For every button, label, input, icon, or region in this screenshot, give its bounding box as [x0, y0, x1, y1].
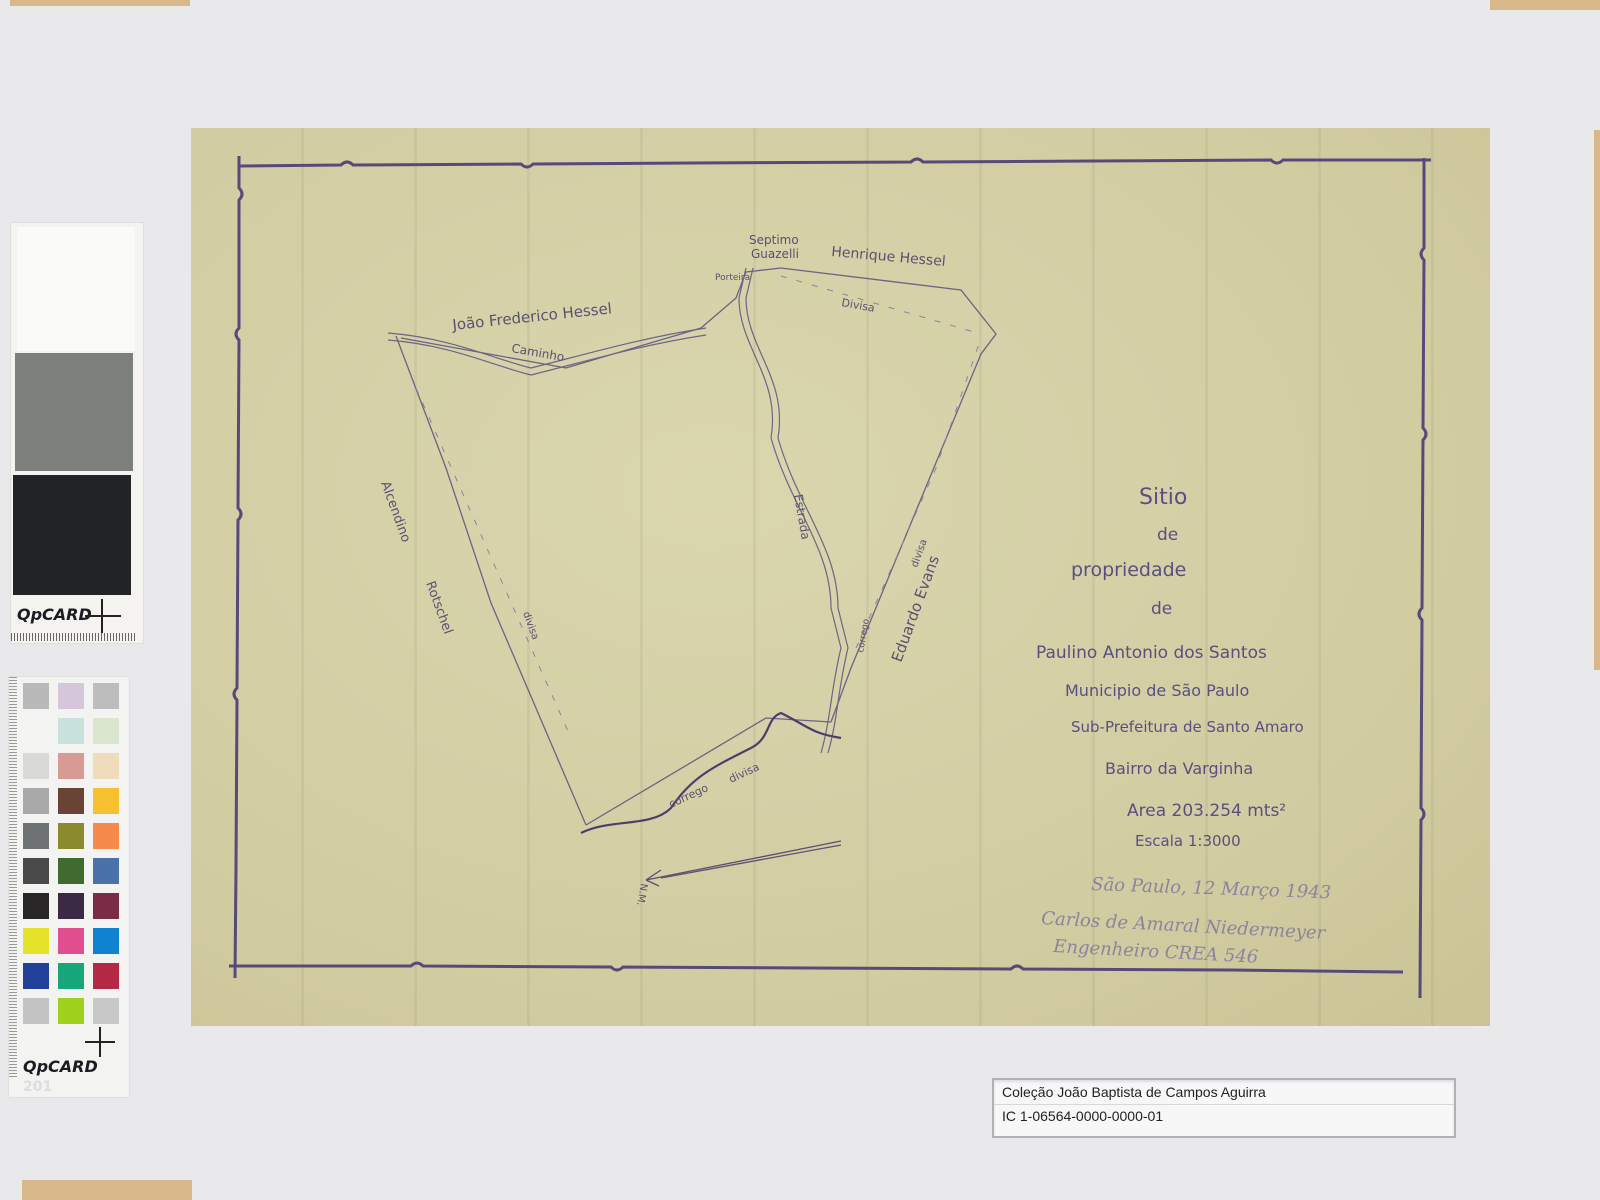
north-arrow-icon: [646, 841, 841, 886]
title-propriedade: propriedade: [1071, 559, 1186, 581]
gray-reference-card: QpCARD: [10, 222, 144, 644]
label-caminho: Caminho: [510, 341, 565, 364]
subprefecture: Sub-Prefeitura de Santo Amaro: [1071, 718, 1304, 736]
map-sheet: Septimo Guazelli Henrique Hessel Divisa …: [191, 128, 1490, 1026]
color-swatch: [58, 718, 84, 744]
label-porteira: Porteira: [715, 273, 750, 283]
color-swatch: [93, 753, 119, 779]
qpcard-brand-text: QpCARD: [17, 605, 92, 624]
municipality: Municipio de São Paulo: [1065, 681, 1249, 700]
color-swatch: [23, 858, 49, 884]
label-henrique-hessel: Henrique Hessel: [831, 244, 947, 270]
color-swatch: [23, 683, 49, 709]
title-de-2: de: [1151, 599, 1172, 619]
color-swatch: [93, 683, 119, 709]
color-swatch: [93, 823, 119, 849]
qpcard-logo: QpCARD 201: [23, 1057, 129, 1095]
signature-credential: Engenheiro CREA 546: [1052, 936, 1259, 968]
label-joao-frederico-hessel: João Frederico Hessel: [451, 299, 613, 334]
area: Area 203.254 mts²: [1127, 801, 1286, 821]
label-alcendino: Alcendino: [377, 479, 413, 544]
crosshair-icon-v: [99, 1027, 101, 1057]
color-reference-card: QpCARD 201: [8, 676, 130, 1098]
label-eduardo-evans: Eduardo Evans: [888, 553, 943, 665]
tape-bottom-left: [22, 1180, 192, 1200]
map-border: [229, 156, 1431, 998]
neighborhood: Bairro da Varginha: [1105, 759, 1253, 778]
color-swatch: [23, 788, 49, 814]
corrego-stream: [581, 713, 841, 833]
label-corrego-right: corrego: [856, 618, 872, 654]
color-swatch: [93, 928, 119, 954]
color-swatch: [23, 893, 49, 919]
color-swatch: [58, 928, 84, 954]
tape-top-right: [1490, 0, 1600, 10]
property-boundary: [396, 268, 996, 825]
label-estrada: Estrada: [791, 493, 813, 541]
black-patch: [13, 475, 131, 595]
mid-gray-patch: [15, 353, 133, 471]
color-swatch: [93, 998, 119, 1024]
collection-name: Coleção João Baptista de Campos Aguirra: [1002, 1084, 1266, 1100]
color-swatch: [23, 998, 49, 1024]
label-divider: [994, 1104, 1454, 1105]
crosshair-icon: [85, 615, 121, 617]
color-swatch: [23, 753, 49, 779]
label-rotschel: Rotschel: [422, 579, 455, 636]
color-swatch: [58, 858, 84, 884]
map-drawing: Septimo Guazelli Henrique Hessel Divisa …: [191, 128, 1490, 1026]
color-swatch: [58, 753, 84, 779]
catalog-label: Coleção João Baptista de Campos Aguirra …: [992, 1078, 1456, 1138]
title-sitio: Sitio: [1139, 485, 1187, 510]
divisa-lines: [416, 276, 981, 738]
color-swatch: [23, 963, 49, 989]
color-swatch: [58, 893, 84, 919]
owner-name: Paulino Antonio dos Santos: [1036, 643, 1267, 663]
white-patch: [17, 227, 135, 351]
label-north: N.M.: [634, 882, 649, 906]
ruler-scale-vertical: [9, 677, 17, 1077]
qpcard-logo: QpCARD: [17, 605, 92, 624]
tape-top-left: [10, 0, 190, 6]
color-swatch: [93, 963, 119, 989]
ruler-scale: [11, 633, 135, 641]
color-swatch: [58, 823, 84, 849]
color-swatch: [93, 718, 119, 744]
signature-place-date: São Paulo, 12 Março 1943: [1091, 874, 1332, 903]
color-swatch: [23, 823, 49, 849]
tape-right-edge: [1594, 130, 1600, 670]
crosshair-icon-v: [101, 599, 103, 633]
label-septimo: Septimo: [749, 233, 799, 247]
qpcard-model-text: 201: [23, 1079, 52, 1095]
label-divisa-left: divisa: [520, 610, 540, 641]
label-divisa-top: Divisa: [840, 296, 875, 315]
title-de-1: de: [1157, 525, 1178, 545]
scale: Escala 1:3000: [1135, 832, 1241, 850]
color-swatch: [58, 963, 84, 989]
color-swatch: [93, 893, 119, 919]
label-guazelli: Guazelli: [751, 247, 799, 261]
color-swatch: [93, 858, 119, 884]
qpcard-brand-text: QpCARD: [23, 1057, 98, 1076]
label-divisa-bottom: divisa: [727, 760, 762, 785]
color-swatch: [58, 683, 84, 709]
color-swatch: [58, 998, 84, 1024]
color-swatch: [93, 788, 119, 814]
catalog-id: IC 1-06564-0000-0000-01: [1002, 1108, 1163, 1124]
color-swatch: [23, 928, 49, 954]
estrada-road: [388, 268, 848, 753]
color-swatch: [58, 788, 84, 814]
